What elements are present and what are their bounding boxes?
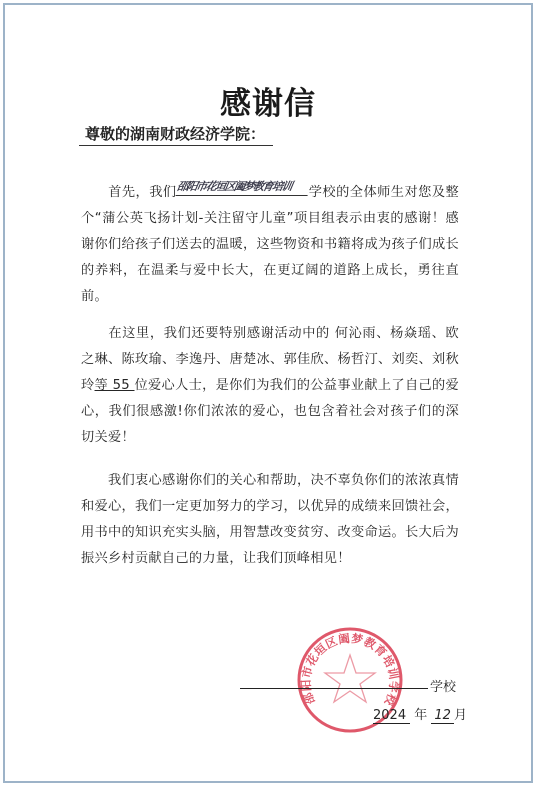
paragraph-2-after: 位爱心人士，是你们为我们的公益事业献上了自己的爱心，我们很感激!你们浓浓的爱心，… [81,378,459,445]
paragraph-1: 首先，我们邵阳市花垣区阖梦教育培训学校的全体师生对您及整个“蒲公英飞扬计划-关注… [81,179,459,310]
volunteer-count: 等 55 [95,378,135,393]
date-year: 2024 [373,708,410,724]
month-label: 月 [454,708,467,723]
paragraph-1-before: 首先，我们 [108,185,177,200]
handwritten-school-name: 邵阳市花垣区阖梦教育培训 [175,179,310,196]
letter-page: 感谢信 尊敬的湖南财政经济学院： 首先，我们邵阳市花垣区阖梦教育培训学校的全体师… [3,3,533,783]
school-label: 学校 [430,676,456,695]
paragraph-3-text: 我们衷心感谢你们的关心和帮助，决不辜负你们的浓浓真情和爱心，我们一定更加努力的学… [81,473,459,566]
star-icon [325,655,375,702]
date-month: 12 [431,708,454,724]
paragraph-1-after: 学校的全体师生对您及整个“蒲公英飞扬计划-关注留守儿童”项目组表示由衷的感谢！感… [81,185,459,304]
paragraph-3: 我们衷心感谢你们的关心和帮助，决不辜负你们的浓浓真情和爱心，我们一定更加努力的学… [81,468,459,572]
year-label: 年 [414,708,427,723]
signature-line [240,688,428,689]
letter-title: 感谢信 [5,78,531,123]
letter-date: 2024 年 12月 [373,704,467,723]
salutation: 尊敬的湖南财政经济学院： [79,123,273,146]
paragraph-2: 在这里，我们还要特别感谢活动中的 何沁雨、杨焱瑶、欧之琳、陈玫瑜、李逸丹、唐楚冰… [81,321,459,451]
